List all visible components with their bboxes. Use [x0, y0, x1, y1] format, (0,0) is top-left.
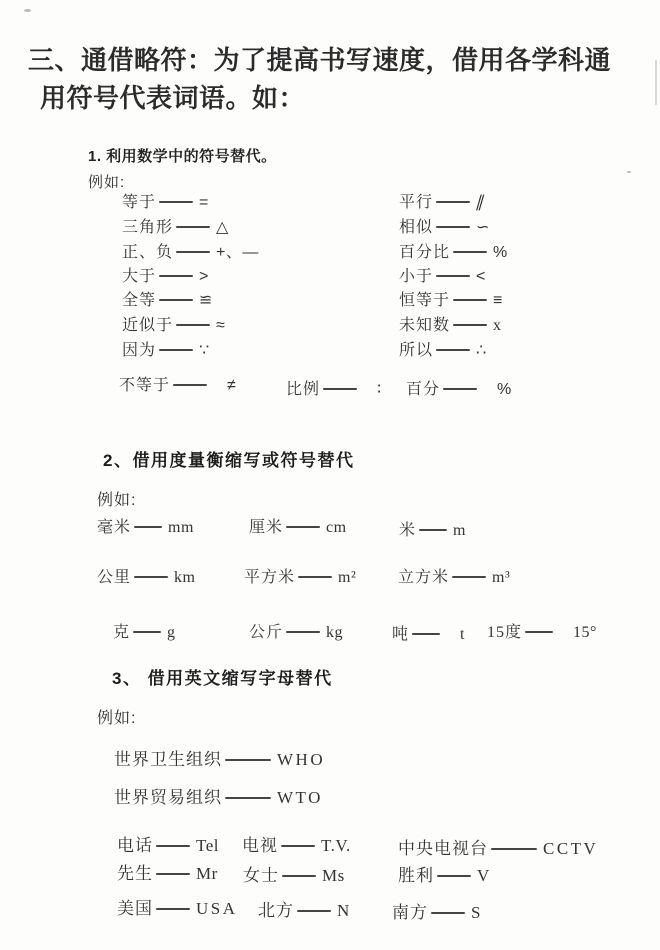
pair-symbol: < — [476, 268, 486, 285]
pair-term: 米 — [399, 522, 416, 539]
scan-speckle — [24, 9, 31, 12]
pair-symbol: Ms — [322, 866, 345, 885]
pair-term: 公里 — [97, 569, 131, 586]
dash-line — [173, 384, 207, 386]
term-symbol-pair: 所以∴ — [399, 342, 487, 360]
pair-term: 15度 — [487, 624, 522, 641]
term-symbol-pair: 女士Ms — [243, 866, 345, 886]
term-symbol-pair: 米m — [399, 522, 466, 540]
pair-symbol: ≈ — [216, 317, 225, 334]
dash-line — [453, 299, 487, 301]
pair-term: 因为 — [122, 342, 156, 359]
term-symbol-pair: 近似于≈ — [122, 317, 225, 335]
term-symbol-pair: 因为∵ — [122, 342, 210, 360]
term-symbol-pair: 中央电视台CCTV — [398, 839, 598, 859]
dash-line — [431, 912, 465, 914]
pair-symbol: ∶ — [377, 381, 382, 398]
dash-line — [412, 633, 440, 635]
pair-term: 世界贸易组织 — [114, 788, 222, 807]
term-symbol-pair: 世界卫生组织WHO — [114, 750, 325, 770]
pair-symbol: T.V. — [321, 836, 351, 855]
pair-symbol: △ — [216, 219, 229, 236]
dash-line — [156, 873, 190, 875]
pair-symbol: V — [477, 866, 490, 885]
pair-term: 比例 — [286, 381, 320, 398]
section2-example-label: 例如: — [97, 492, 136, 510]
pair-term: 先生 — [117, 864, 153, 883]
pair-term: 南方 — [392, 903, 428, 922]
section2-heading: 2、借用度量衡缩写或符号替代 — [103, 451, 354, 471]
term-symbol-pair: 胜利V — [398, 866, 490, 886]
dash-line — [176, 226, 210, 228]
pair-symbol: ∴ — [476, 342, 487, 359]
pair-symbol: = — [199, 194, 209, 211]
term-symbol-pair: 百分% — [406, 381, 512, 399]
dash-line — [436, 226, 470, 228]
term-symbol-pair: 平行∥ — [399, 194, 485, 212]
pair-symbol: kg — [326, 624, 343, 641]
pair-term: 吨 — [392, 626, 409, 643]
term-symbol-pair: 厘米cm — [249, 519, 347, 537]
term-symbol-pair: 毫米mm — [97, 519, 194, 537]
section1-heading: 1. 利用数学中的符号替代。 — [88, 148, 277, 165]
pair-term: 正、负 — [122, 244, 173, 261]
pair-symbol: % — [497, 381, 512, 398]
pair-term: 不等于 — [119, 377, 170, 394]
pair-term: 小于 — [399, 268, 433, 285]
pair-term: 平方米 — [244, 569, 295, 586]
pair-term: 相似 — [399, 219, 433, 236]
dash-line — [436, 201, 470, 203]
term-symbol-pair: 比例∶ — [286, 381, 382, 399]
pair-symbol: Mr — [196, 864, 218, 883]
dash-line — [419, 529, 447, 531]
term-symbol-pair: 恒等于≡ — [399, 292, 503, 310]
pair-symbol: N — [337, 901, 350, 920]
dash-line — [453, 324, 487, 326]
pair-term: 所以 — [399, 342, 433, 359]
pair-symbol: Tel — [196, 836, 219, 855]
dash-line — [437, 875, 471, 877]
pair-term: 百分 — [406, 381, 440, 398]
term-symbol-pair: 全等≌ — [122, 292, 213, 310]
pair-symbol: cm — [326, 519, 347, 536]
pair-term: 毫米 — [97, 519, 131, 536]
term-symbol-pair: 大于> — [122, 268, 209, 286]
pair-term: 公斤 — [249, 624, 283, 641]
pair-term: 世界卫生组织 — [114, 750, 222, 769]
dash-line — [452, 576, 486, 578]
dash-line — [491, 848, 537, 850]
section3-example-label: 例如: — [97, 710, 136, 728]
pair-term: 三角形 — [122, 219, 173, 236]
term-symbol-pair: 未知数x — [399, 317, 502, 335]
pair-symbol: +、— — [216, 244, 259, 261]
term-symbol-pair: 15度15° — [487, 624, 597, 642]
section3-heading: 3、 借用英文缩写字母替代 — [112, 669, 333, 689]
pair-term: 立方米 — [398, 569, 449, 586]
pair-term: 胜利 — [398, 866, 434, 885]
pair-symbol: > — [199, 268, 209, 285]
term-symbol-pair: 不等于≠ — [119, 377, 236, 395]
dash-line — [134, 526, 162, 528]
pair-symbol: ∥ — [473, 194, 487, 212]
term-symbol-pair: 电视T.V. — [242, 836, 351, 856]
doc-title-line1: 三、通借略符：为了提高书写速度，借用各学科通 — [28, 46, 611, 76]
pair-term: 中央电视台 — [398, 839, 488, 858]
dash-line — [282, 875, 316, 877]
dash-line — [281, 845, 315, 847]
dash-line — [133, 631, 161, 633]
term-symbol-pair: 公斤kg — [249, 624, 343, 642]
dash-line — [225, 797, 271, 799]
term-symbol-pair: 克g — [113, 624, 176, 642]
dash-line — [297, 910, 331, 912]
term-symbol-pair: 小于< — [399, 268, 486, 286]
pair-symbol: ≌ — [199, 292, 213, 309]
pair-term: 大于 — [122, 268, 156, 285]
pair-term: 美国 — [117, 899, 153, 918]
pair-term: 等于 — [122, 194, 156, 211]
term-symbol-pair: 南方S — [392, 903, 481, 923]
dash-line — [443, 388, 477, 390]
term-symbol-pair: 世界贸易组织WTO — [114, 788, 323, 808]
pair-symbol: WHO — [277, 750, 325, 769]
pair-symbol: ≠ — [227, 377, 236, 394]
dash-line — [225, 759, 271, 761]
pair-term: 百分比 — [399, 244, 450, 261]
dash-line — [176, 251, 210, 253]
term-symbol-pair: 吨t — [392, 626, 465, 644]
term-symbol-pair: 立方米m³ — [398, 569, 510, 587]
term-symbol-pair: 电话Tel — [117, 836, 219, 856]
pair-symbol: S — [471, 903, 481, 922]
pair-symbol: mm — [168, 519, 194, 536]
pair-term: 女士 — [243, 866, 279, 885]
pair-term: 未知数 — [399, 317, 450, 334]
pair-symbol: 15° — [573, 624, 597, 641]
pair-term: 恒等于 — [399, 292, 450, 309]
pair-symbol: t — [460, 626, 465, 643]
pair-symbol: x — [493, 317, 502, 334]
scan-edge-artifact — [655, 60, 657, 105]
term-symbol-pair: 公里km — [97, 569, 195, 587]
term-symbol-pair: 正、负+、— — [122, 244, 259, 262]
dash-line — [323, 388, 357, 390]
pair-symbol: ∵ — [199, 342, 210, 359]
section1-example-label: 例如: — [88, 174, 125, 191]
term-symbol-pair: 平方米m² — [244, 569, 356, 587]
pair-symbol: m — [453, 522, 466, 539]
document-page: 三、通借略符：为了提高书写速度，借用各学科通 用符号代表词语。如： 1. 利用数… — [0, 0, 660, 950]
pair-symbol: % — [493, 244, 508, 261]
dash-line — [159, 275, 193, 277]
scan-speckle — [627, 171, 631, 173]
doc-title-line2: 用符号代表词语。如： — [40, 84, 305, 114]
term-symbol-pair: 百分比% — [399, 244, 508, 262]
dash-line — [286, 526, 320, 528]
pair-symbol: ∽ — [476, 219, 490, 236]
pair-symbol: g — [167, 624, 176, 641]
term-symbol-pair: 先生Mr — [117, 864, 218, 884]
term-symbol-pair: 三角形△ — [122, 219, 229, 237]
pair-term: 全等 — [122, 292, 156, 309]
pair-term: 克 — [113, 624, 130, 641]
dash-line — [159, 349, 193, 351]
dash-line — [176, 324, 210, 326]
pair-term: 厘米 — [249, 519, 283, 536]
pair-symbol: WTO — [277, 788, 323, 807]
dash-line — [525, 631, 553, 633]
pair-term: 近似于 — [122, 317, 173, 334]
term-symbol-pair: 相似∽ — [399, 219, 490, 237]
dash-line — [134, 576, 168, 578]
dash-line — [159, 299, 193, 301]
term-symbol-pair: 美国USA — [117, 899, 238, 919]
dash-line — [436, 275, 470, 277]
pair-symbol: ≡ — [493, 292, 503, 309]
term-symbol-pair: 北方N — [258, 901, 350, 921]
dash-line — [436, 349, 470, 351]
dash-line — [298, 576, 332, 578]
pair-term: 电视 — [242, 836, 278, 855]
pair-symbol: m³ — [492, 569, 510, 586]
pair-symbol: km — [174, 569, 195, 586]
dash-line — [159, 201, 193, 203]
dash-line — [453, 251, 487, 253]
dash-line — [156, 845, 190, 847]
pair-symbol: USA — [196, 899, 238, 918]
dash-line — [156, 908, 190, 910]
pair-symbol: CCTV — [543, 839, 598, 858]
dash-line — [286, 631, 320, 633]
term-symbol-pair: 等于= — [122, 194, 209, 212]
pair-symbol: m² — [338, 569, 356, 586]
pair-term: 电话 — [117, 836, 153, 855]
pair-term: 北方 — [258, 901, 294, 920]
pair-term: 平行 — [399, 194, 433, 211]
